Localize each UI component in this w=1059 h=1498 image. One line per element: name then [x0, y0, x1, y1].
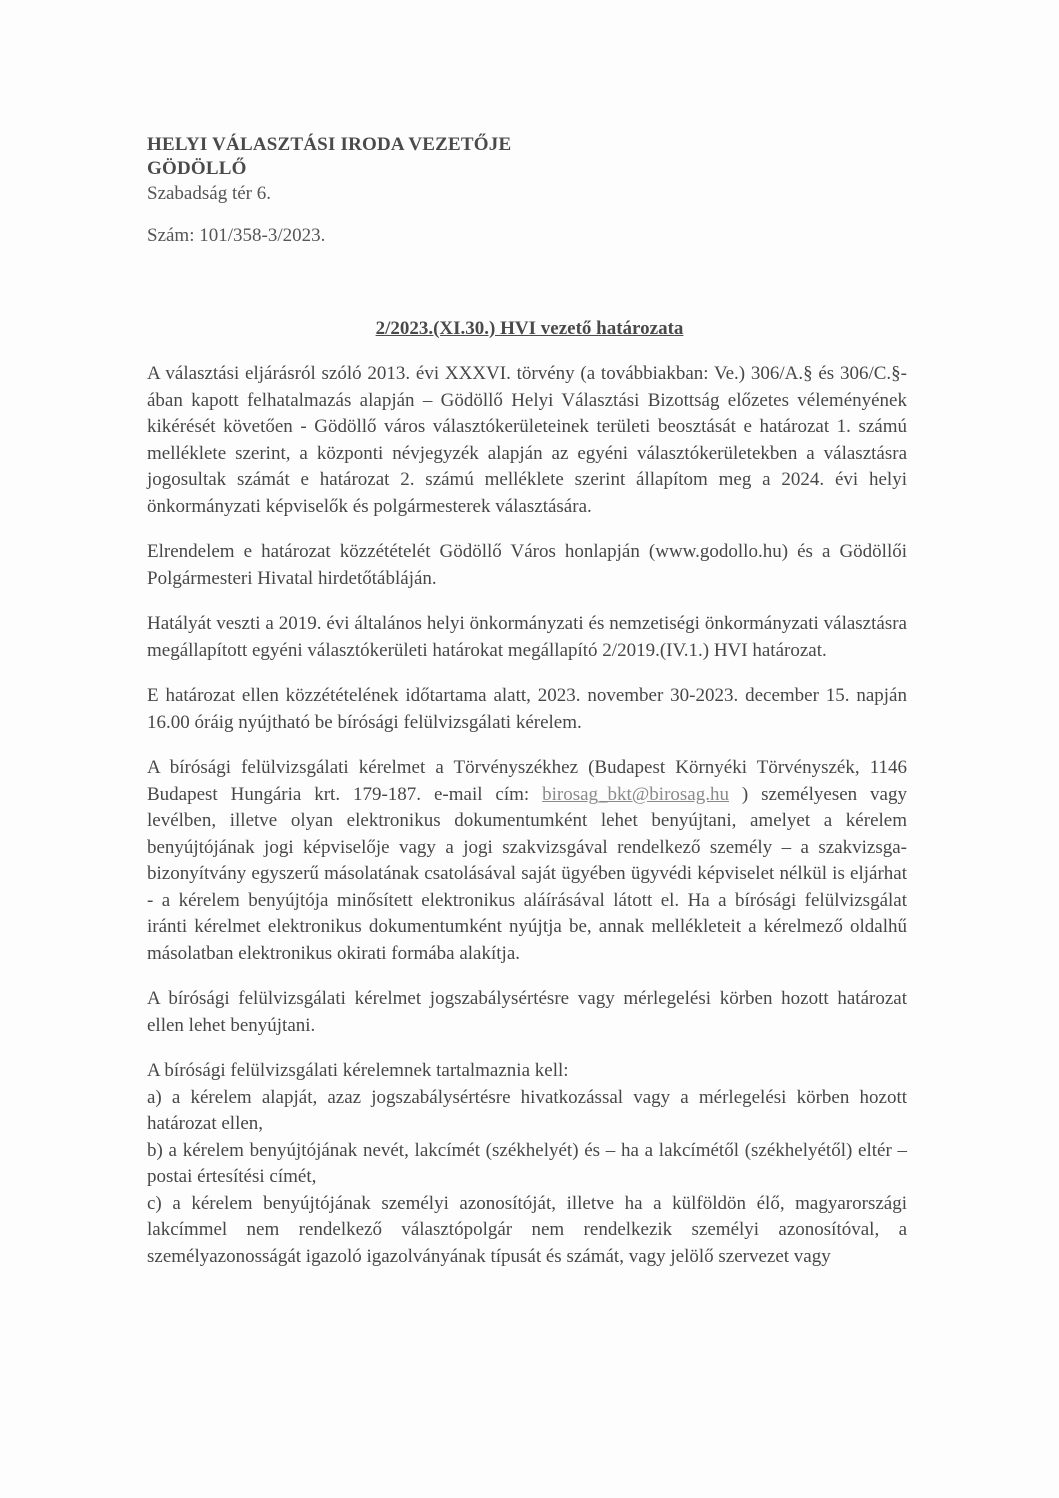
- paragraph-appeal-contents-heading: A bírósági felülvizsgálati kérelemnek ta…: [147, 1058, 907, 1085]
- document-title: 2/2023.(XI.30.) HVI vezető határozata: [0, 318, 1059, 340]
- list-item: a) a kérelem alapját, azaz jogszabálysér…: [147, 1085, 907, 1138]
- org-address: Szabadság tér 6.: [147, 182, 511, 206]
- list-item: b) a kérelem benyújtójának nevét, lakcím…: [147, 1138, 907, 1191]
- list-item: c) a kérelem benyújtójának személyi azon…: [147, 1191, 907, 1271]
- paragraph-publication: Elrendelem e határozat közzétételét Gödö…: [147, 539, 907, 592]
- org-name: HELYI VÁLASZTÁSI IRODA VEZETŐJE: [147, 133, 511, 157]
- paragraph-repeal: Hatályát veszti a 2019. évi általános he…: [147, 611, 907, 664]
- document-body: A választási eljárásról szóló 2013. évi …: [147, 361, 907, 1270]
- paragraph-appeal-deadline: E határozat ellen közzétételének időtart…: [147, 683, 907, 736]
- paragraph-appeal-grounds: A bírósági felülvizsgálati kérelmet jogs…: [147, 986, 907, 1039]
- court-email-link[interactable]: birosag_bkt@birosag.hu: [542, 784, 729, 805]
- paragraph-appeal-submission: A bírósági felülvizsgálati kérelmet a Tö…: [147, 755, 907, 967]
- document-page: HELYI VÁLASZTÁSI IRODA VEZETŐJE GÖDÖLLŐ …: [0, 0, 1059, 1498]
- reference-number: Szám: 101/358-3/2023.: [147, 225, 325, 247]
- org-city: GÖDÖLLŐ: [147, 157, 511, 181]
- letterhead: HELYI VÁLASZTÁSI IRODA VEZETŐJE GÖDÖLLŐ …: [147, 133, 511, 206]
- paragraph-decision: A választási eljárásról szóló 2013. évi …: [147, 361, 907, 520]
- appeal-text-end: ) személyesen vagy levélben, illetve oly…: [147, 784, 907, 964]
